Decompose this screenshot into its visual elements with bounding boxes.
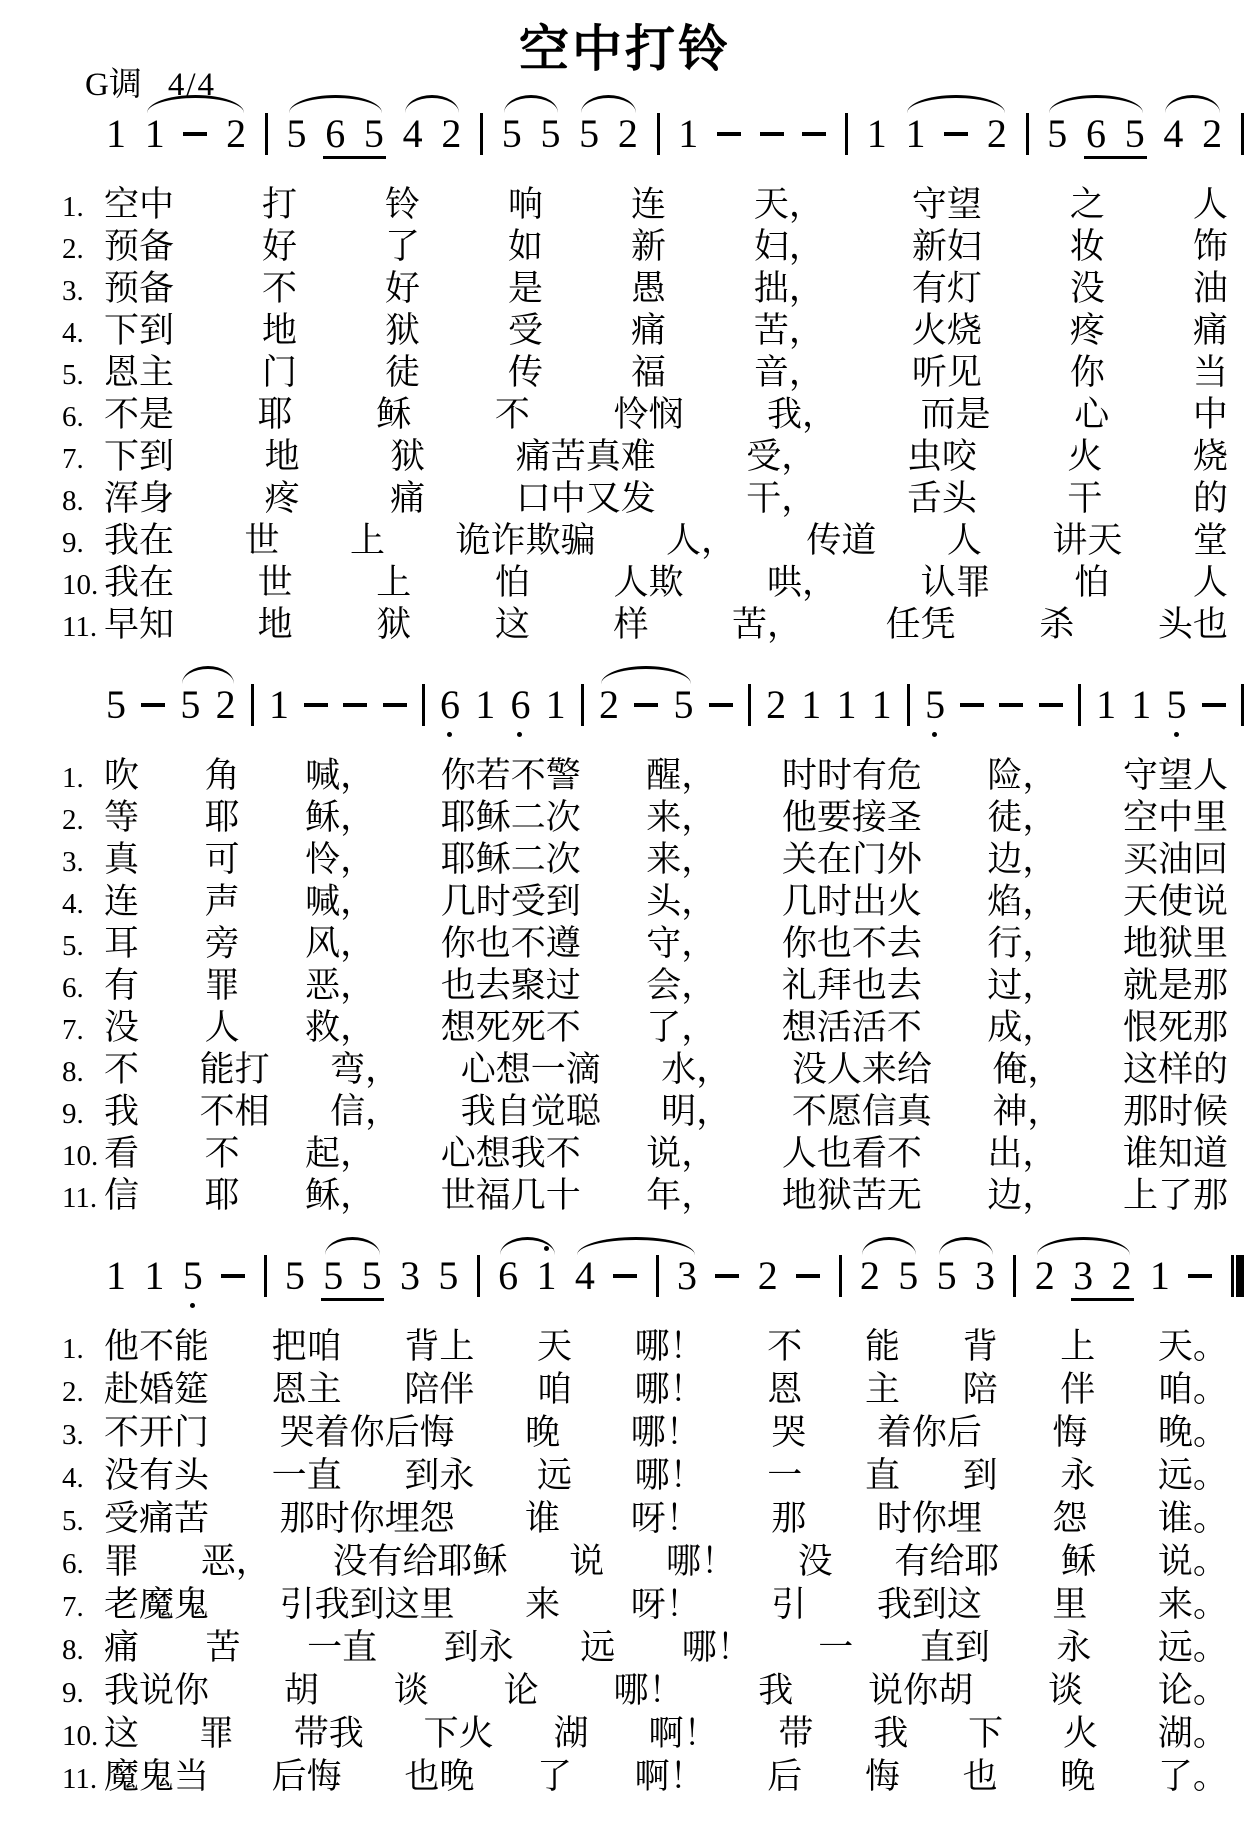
lyric-cell: 永 xyxy=(1060,1457,1095,1496)
lyric-cell: 有给耶 xyxy=(894,1543,999,1582)
section-3: 115555356143225532321 1.他不能把咱背上天哪！不能背上天。… xyxy=(62,1227,1250,1801)
lyric-cell: 哪！ xyxy=(666,1543,736,1582)
note: 4 xyxy=(403,114,423,154)
lyric-cell: 不 xyxy=(767,1328,802,1367)
verse-cells: 等耶稣，耶稣二次来，他要接圣徒，空中里 xyxy=(104,799,1250,838)
lyric-cell: 狱 xyxy=(376,606,411,645)
note: 1 xyxy=(801,685,821,725)
note: 2 xyxy=(987,114,1007,154)
note: 2 xyxy=(618,114,638,154)
lyric-cell: 天使说 xyxy=(1123,883,1228,922)
verse-row: 6.有罪恶，也去聚过会，礼拜也去过，就是那 xyxy=(62,967,1250,1009)
verse-cells: 信耶稣，世福几十年，地狱苦无边，上了那 xyxy=(104,1177,1250,1216)
note: 5 xyxy=(285,1256,305,1296)
lyric-cell: 不 xyxy=(104,1051,139,1090)
lyric-cell: 直 xyxy=(865,1457,900,1496)
lyric-cell: 稣， xyxy=(305,799,375,838)
verse-number: 6. xyxy=(62,972,104,1005)
lyric-cell: 来。 xyxy=(1158,1586,1228,1625)
beam-underline xyxy=(321,1298,384,1301)
verse-cells: 浑身疼痛口中又发干，舌头干的 xyxy=(104,480,1250,519)
lyric-cell: 信， xyxy=(330,1093,400,1132)
barline xyxy=(251,684,254,726)
lyric-cell: 恩 xyxy=(767,1371,802,1410)
lyric-cell: 带我 xyxy=(294,1715,364,1754)
lyric-cell: 没 xyxy=(104,1009,139,1048)
lyric-cell: 新妇 xyxy=(912,228,982,267)
lyric-cell: 妇， xyxy=(754,228,824,267)
verse-cells: 我在世上怕人欺哄，认罪怕人 xyxy=(104,564,1250,603)
lyric-cell: 关在门外 xyxy=(782,841,922,880)
duration-dash xyxy=(796,1274,820,1278)
lyric-cell: 油 xyxy=(1193,270,1228,309)
octave-dot-low xyxy=(447,732,452,737)
note: 2 xyxy=(860,1256,880,1296)
verse-number: 3. xyxy=(62,846,104,879)
lyric-cell: 旁 xyxy=(205,925,240,964)
lyric-cell: 一 xyxy=(767,1457,802,1496)
lyric-cell: 当 xyxy=(1193,354,1228,393)
lyric-cell: 受痛苦 xyxy=(104,1500,209,1539)
barline xyxy=(656,1255,659,1297)
note: 2 xyxy=(1202,114,1222,154)
lyric-cell: 想死死不 xyxy=(441,1009,581,1048)
lyric-cell: 不 xyxy=(205,1135,240,1174)
lyric-cell: 说 xyxy=(569,1543,604,1582)
lyric-cell: 哪！ xyxy=(682,1629,752,1668)
lyric-cell: 天， xyxy=(754,186,824,225)
lyric-cell: 耶 xyxy=(205,1177,240,1216)
lyric-cell: 喊， xyxy=(305,757,375,796)
lyric-cell: 罪 xyxy=(104,1543,139,1582)
barline xyxy=(845,113,848,155)
lyric-cell: 中 xyxy=(1193,396,1228,435)
lyric-cell: 稣， xyxy=(305,1177,375,1216)
music-line-2: 552161612521115115 xyxy=(100,656,1250,743)
barline xyxy=(265,113,268,155)
note: 3 xyxy=(400,1256,420,1296)
lyric-cell: 舌头 xyxy=(907,480,977,519)
slur-arc xyxy=(325,1237,380,1255)
lyric-cell: 怕 xyxy=(495,564,530,603)
lyric-cell: 铃 xyxy=(385,186,420,225)
note: 6 xyxy=(440,685,460,725)
slur-arc xyxy=(581,95,636,113)
note: 5 xyxy=(540,114,560,154)
lyric-cell: 痛 xyxy=(1193,312,1228,351)
verse-row: 8.浑身疼痛口中又发干，舌头干的 xyxy=(62,480,1250,522)
verse-number: 4. xyxy=(62,1462,104,1495)
verse-row: 9.我不相信，我自觉聪明，不愿信真神，那时候 xyxy=(62,1093,1250,1135)
lyric-cell: 连 xyxy=(631,186,666,225)
lyric-cell: 头， xyxy=(646,883,716,922)
lyric-cell: 哪！ xyxy=(613,1672,683,1711)
lyric-cell: 守望 xyxy=(912,186,982,225)
lyric-cell: 好 xyxy=(385,270,420,309)
duration-dash xyxy=(1039,703,1063,707)
lyric-cell: 来， xyxy=(646,841,716,880)
verse-number: 7. xyxy=(62,1591,104,1624)
verse-cells: 下到地狱受痛苦，火烧疼痛 xyxy=(104,312,1250,351)
verse-cells: 魔鬼当后悔也晚了啊！后悔也晚了。 xyxy=(104,1758,1250,1797)
duration-dash xyxy=(1202,703,1226,707)
lyric-cell: 下到 xyxy=(104,438,174,477)
lyric-cell: 远 xyxy=(580,1629,615,1668)
note: 6 xyxy=(510,685,530,725)
note: 5 xyxy=(287,114,307,154)
lyric-cell: 不 xyxy=(262,270,297,309)
lyric-cell: 晚 xyxy=(1060,1758,1095,1797)
verse-row: 4.连声喊，几时受到头，几时出火焰，天使说 xyxy=(62,883,1250,925)
lyric-cell: 来 xyxy=(525,1586,560,1625)
lyric-cell: 我在 xyxy=(104,564,174,603)
lyric-cell: 湖 xyxy=(554,1715,589,1754)
beam-underline xyxy=(1071,1298,1134,1301)
lyric-cell: 声 xyxy=(205,883,240,922)
lyric-cell: 边， xyxy=(987,841,1057,880)
lyric-cell: 徒， xyxy=(987,799,1057,838)
lyric-cell: 论。 xyxy=(1158,1672,1228,1711)
music-line-1: 112565425552111256542 xyxy=(100,85,1250,172)
lyric-cell: 了。 xyxy=(1158,1758,1228,1797)
lyric-cell: 诡诈欺骗 xyxy=(455,522,595,561)
lyric-cell: 我说你 xyxy=(104,1672,209,1711)
lyric-cell: 痛 xyxy=(631,312,666,351)
lyric-cell: 妆 xyxy=(1070,228,1105,267)
verse-cells: 预备好了如新妇，新妇妆饰 xyxy=(104,228,1250,267)
lyric-cell: 门 xyxy=(262,354,297,393)
note: 4 xyxy=(575,1256,595,1296)
note: 5 xyxy=(502,114,522,154)
verse-cells: 下到地狱痛苦真难受，虫咬火烧 xyxy=(104,438,1250,477)
verse-row: 11.信耶稣，世福几十年，地狱苦无边，上了那 xyxy=(62,1177,1250,1219)
slur-arc xyxy=(504,95,558,113)
lyric-cell: 怜悯 xyxy=(613,396,683,435)
lyric-cell: 上 xyxy=(1060,1328,1095,1367)
lyric-cell: 传 xyxy=(508,354,543,393)
verse-number: 2. xyxy=(62,1376,104,1409)
lyric-cell: 下 xyxy=(968,1715,1003,1754)
lyric-cell: 干 xyxy=(1067,480,1102,519)
lyric-cell: 狱 xyxy=(385,312,420,351)
note: 2 xyxy=(1112,1256,1132,1296)
verse-number: 4. xyxy=(62,317,104,350)
lyric-cell: 这样的 xyxy=(1123,1051,1228,1090)
verse-row: 1.吹角喊，你若不警醒，时时有危险，守望人 xyxy=(62,757,1250,799)
lyric-cell: 伴 xyxy=(1060,1371,1095,1410)
verse-number: 11. xyxy=(62,611,104,644)
verse-row: 9.我说你胡谈论哪！我说你胡谈论。 xyxy=(62,1672,1250,1715)
lyric-cell: 不开门 xyxy=(104,1414,209,1453)
lyric-cell: 呀！ xyxy=(631,1586,701,1625)
lyric-cell: 喊， xyxy=(305,883,375,922)
verse-cells: 预备不好是愚拙，有灯没油 xyxy=(104,270,1250,309)
verse-row: 4.没有头一直到永远哪！一直到永远。 xyxy=(62,1457,1250,1500)
lyric-cell: 那时你埋怨 xyxy=(280,1500,455,1539)
slur-arc xyxy=(907,95,1005,113)
lyric-cell: 预备 xyxy=(104,228,174,267)
lyric-cell: 醒， xyxy=(646,757,716,796)
verse-cells: 连声喊，几时受到头，几时出火焰，天使说 xyxy=(104,883,1250,922)
octave-dot-low xyxy=(1174,732,1179,737)
section-2: 552161612521115115 1.吹角喊，你若不警醒，时时有危险，守望人… xyxy=(62,656,1250,1219)
lyric-cell: 哭着你后悔 xyxy=(280,1414,455,1453)
lyric-cell: 到永 xyxy=(444,1629,514,1668)
verse-cells: 不开门哭着你后悔晚哪！哭着你后悔晚。 xyxy=(104,1414,1250,1453)
lyric-cell: 人也看不 xyxy=(782,1135,922,1174)
lyric-cell: 之 xyxy=(1070,186,1105,225)
lyric-cell: 火 xyxy=(1063,1715,1098,1754)
barline xyxy=(1026,113,1029,155)
verse-number: 9. xyxy=(62,1098,104,1131)
verse-number: 11. xyxy=(62,1182,104,1215)
lyric-cell: 耶 xyxy=(258,396,293,435)
verse-number: 9. xyxy=(62,1677,104,1710)
note: 5 xyxy=(323,1256,343,1296)
barline xyxy=(477,1255,480,1297)
verse-number: 8. xyxy=(62,485,104,518)
octave-dot-low xyxy=(932,732,937,737)
lyric-cell: 救， xyxy=(305,1009,375,1048)
note: 6 xyxy=(498,1256,518,1296)
lyric-cell: 后悔 xyxy=(272,1758,342,1797)
lyric-cell: 受， xyxy=(746,438,816,477)
lyric-cell: 疼 xyxy=(1070,312,1105,351)
lyric-cell: 那 xyxy=(771,1500,806,1539)
music-line-3: 115555356143225532321 xyxy=(100,1227,1250,1314)
slur-arc xyxy=(500,1237,555,1255)
verse-number: 10. xyxy=(62,569,104,602)
duration-dash xyxy=(634,703,658,707)
verse-cells: 我在世上诡诈欺骗人，传道人讲天堂 xyxy=(104,522,1250,561)
lyric-cell: 世 xyxy=(244,522,279,561)
lyric-cell: 陪 xyxy=(963,1371,998,1410)
verse-cells: 罪恶，没有给耶稣说哪！没有给耶稣说。 xyxy=(104,1543,1250,1582)
lyric-cell: 疼 xyxy=(265,480,300,519)
slur-arc xyxy=(1165,95,1220,113)
lyric-cell: 哪！ xyxy=(635,1371,705,1410)
octave-dot-low xyxy=(517,732,522,737)
lyric-cell: 了 xyxy=(537,1758,572,1797)
barline xyxy=(264,1255,267,1297)
verse-cells: 没有头一直到永远哪！一直到永远。 xyxy=(104,1457,1250,1496)
lyric-cell: 罪 xyxy=(199,1715,234,1754)
barline xyxy=(748,684,751,726)
verse-block-3: 1.他不能把咱背上天哪！不能背上天。2.赴婚筵恩主陪伴咱哪！恩主陪伴咱。3.不开… xyxy=(62,1328,1250,1801)
lyric-cell: 主 xyxy=(865,1371,900,1410)
verse-row: 1.空中打铃响连天，守望之人 xyxy=(62,186,1250,228)
lyric-cell: 把咱 xyxy=(272,1328,342,1367)
lyric-cell: 不是 xyxy=(104,396,174,435)
note: 1 xyxy=(1131,685,1151,725)
lyric-cell: 狱 xyxy=(390,438,425,477)
barline xyxy=(422,684,425,726)
verse-number: 8. xyxy=(62,1056,104,1089)
lyric-cell: 空中 xyxy=(104,186,174,225)
lyric-cell: 打 xyxy=(262,186,297,225)
lyric-cell: 的 xyxy=(1193,480,1228,519)
verse-row: 5.受痛苦那时你埋怨谁呀！那时你埋怨谁。 xyxy=(62,1500,1250,1543)
lyric-cell: 也 xyxy=(963,1758,998,1797)
lyric-cell: 不 xyxy=(495,396,530,435)
note: 1 xyxy=(106,114,126,154)
lyric-cell: 信 xyxy=(104,1177,139,1216)
lyric-cell: 恶， xyxy=(305,967,375,1006)
verse-row: 6.罪恶，没有给耶稣说哪！没有给耶稣说。 xyxy=(62,1543,1250,1586)
verse-cells: 没人救，想死死不了，想活活不成，恨死那 xyxy=(104,1009,1250,1048)
lyric-cell: 我 xyxy=(758,1672,793,1711)
lyric-cell: 干， xyxy=(746,480,816,519)
duration-dash xyxy=(183,132,207,136)
lyric-cell: 那时候 xyxy=(1123,1093,1228,1132)
lyric-cell: 哄， xyxy=(767,564,837,603)
verse-number: 5. xyxy=(62,359,104,392)
lyric-cell: 人 xyxy=(947,522,982,561)
lyric-cell: 世福几十 xyxy=(441,1177,581,1216)
lyric-cell: 可 xyxy=(205,841,240,880)
lyric-cell: 也去聚过 xyxy=(441,967,581,1006)
verse-row: 11.魔鬼当后悔也晚了啊！后悔也晚了。 xyxy=(62,1758,1250,1801)
lyric-cell: 空中里 xyxy=(1123,799,1228,838)
lyric-cell: 任凭 xyxy=(886,606,956,645)
lyric-cell: 过， xyxy=(987,967,1057,1006)
lyric-cell: 耳 xyxy=(104,925,139,964)
verse-number: 4. xyxy=(62,888,104,921)
barline xyxy=(1078,684,1081,726)
lyric-cell: 悔 xyxy=(865,1758,900,1797)
verse-number: 6. xyxy=(62,1548,104,1581)
note: 5 xyxy=(183,1256,203,1296)
lyric-cell: 礼拜也去 xyxy=(782,967,922,1006)
lyric-cell: 真 xyxy=(104,841,139,880)
lyric-cell: 边， xyxy=(987,1177,1057,1216)
lyric-cell: 恩主 xyxy=(272,1371,342,1410)
lyric-cell: 你也不去 xyxy=(782,925,922,964)
barline xyxy=(581,684,584,726)
lyric-cell: 你若不警 xyxy=(441,757,581,796)
lyric-cell: 音， xyxy=(754,354,824,393)
verse-cells: 我说你胡谈论哪！我说你胡谈论。 xyxy=(104,1672,1250,1711)
lyric-cell: 神， xyxy=(992,1093,1062,1132)
lyric-cell: 带 xyxy=(778,1715,813,1754)
lyric-cell: 晚 xyxy=(525,1414,560,1453)
verse-row: 8.痛苦一直到永远哪！一直到永远。 xyxy=(62,1629,1250,1672)
lyric-cell: 我自觉聪 xyxy=(461,1093,601,1132)
lyric-cell: 胡 xyxy=(284,1672,319,1711)
lyric-cell: 人欺 xyxy=(613,564,683,603)
lyric-cell: 头也 xyxy=(1158,606,1228,645)
note: 2 xyxy=(599,685,619,725)
verse-row: 8.不能打弯，心想一滴水，没人来给俺，这样的 xyxy=(62,1051,1250,1093)
verse-row: 5.恩主门徒传福音，听见你当 xyxy=(62,354,1250,396)
lyric-cell: 晚。 xyxy=(1158,1414,1228,1453)
verse-cells: 看不起，心想我不说，人也看不出，谁知道 xyxy=(104,1135,1250,1174)
verse-number: 1. xyxy=(62,1333,104,1366)
lyric-cell: 啊！ xyxy=(648,1715,718,1754)
lyric-cell: 几时出火 xyxy=(782,883,922,922)
note: 5 xyxy=(937,1256,957,1296)
lyric-cell: 恶， xyxy=(201,1543,271,1582)
note: 2 xyxy=(226,114,246,154)
lyric-cell: 怜， xyxy=(305,841,375,880)
lyric-cell: 陪伴 xyxy=(404,1371,474,1410)
lyric-cell: 天 xyxy=(537,1328,572,1367)
verse-row: 3.预备不好是愚拙，有灯没油 xyxy=(62,270,1250,312)
lyric-cell: 浑身 xyxy=(104,480,174,519)
note: 6 xyxy=(1086,114,1106,154)
lyric-cell: 恨死那 xyxy=(1123,1009,1228,1048)
verse-row: 10.看不起，心想我不说，人也看不出，谁知道 xyxy=(62,1135,1250,1177)
sheet-page: 空中打铃 G调4/4 112565425552111256542 1.空中打铃响… xyxy=(0,0,1250,1801)
lyric-cell: 认罪 xyxy=(921,564,991,603)
lyric-cell: 明， xyxy=(661,1093,731,1132)
lyric-cell: 杀 xyxy=(1039,606,1074,645)
lyric-cell: 烧 xyxy=(1193,438,1228,477)
lyric-cell: 哭 xyxy=(771,1414,806,1453)
lyric-cell: 吹 xyxy=(104,757,139,796)
verse-number: 2. xyxy=(62,233,104,266)
lyric-cell: 痛苦真难 xyxy=(516,438,656,477)
beam-underline xyxy=(323,156,386,159)
verse-number: 6. xyxy=(62,401,104,434)
verse-number: 7. xyxy=(62,1014,104,1047)
note: 2 xyxy=(1035,1256,1055,1296)
lyric-cell: 守望人 xyxy=(1123,757,1228,796)
verse-cells: 有罪恶，也去聚过会，礼拜也去过，就是那 xyxy=(104,967,1250,1006)
verse-cells: 恩主门徒传福音，听见你当 xyxy=(104,354,1250,393)
lyric-cell: 风， xyxy=(305,925,375,964)
verse-row: 2.等耶稣，耶稣二次来，他要接圣徒，空中里 xyxy=(62,799,1250,841)
note: 5 xyxy=(106,685,126,725)
duration-dash xyxy=(944,132,968,136)
lyric-cell: 火 xyxy=(1067,438,1102,477)
verse-number: 10. xyxy=(62,1140,104,1173)
verse-row: 6.不是耶稣不怜悯我，而是心中 xyxy=(62,396,1250,438)
lyric-cell: 心想我不 xyxy=(441,1135,581,1174)
lyric-cell: 谁。 xyxy=(1158,1500,1228,1539)
lyric-cell: 也晚 xyxy=(404,1758,474,1797)
lyric-cell: 远。 xyxy=(1158,1457,1228,1496)
lyric-cell: 稣 xyxy=(376,396,411,435)
lyric-cell: 时你埋 xyxy=(877,1500,982,1539)
note: 1 xyxy=(1096,685,1116,725)
verse-row: 11.早知地狱这样苦，任凭杀头也 xyxy=(62,606,1250,648)
lyric-cell: 传道 xyxy=(806,522,876,561)
lyric-cell: 谈 xyxy=(1048,1672,1083,1711)
lyric-cell: 成， xyxy=(987,1009,1057,1048)
lyric-cell: 哪！ xyxy=(635,1328,705,1367)
verse-row: 4.下到地狱受痛苦，火烧疼痛 xyxy=(62,312,1250,354)
duration-dash xyxy=(802,132,826,136)
note: 2 xyxy=(216,685,236,725)
lyric-cell: 你 xyxy=(1070,354,1105,393)
final-barline xyxy=(1231,1255,1244,1297)
verse-cells: 吹角喊，你若不警醒，时时有危险，守望人 xyxy=(104,757,1250,796)
lyric-cell: 人 xyxy=(1193,564,1228,603)
verse-number: 3. xyxy=(62,275,104,308)
note: 5 xyxy=(673,685,693,725)
verse-cells: 老魔鬼引我到这里来呀！引我到这里来。 xyxy=(104,1586,1250,1625)
slur-arc xyxy=(601,666,691,684)
lyric-cell: 人， xyxy=(666,522,736,561)
lyric-cell: 这 xyxy=(104,1715,139,1754)
duration-dash xyxy=(760,132,784,136)
verse-number: 3. xyxy=(62,1419,104,1452)
lyric-cell: 耶稣二次 xyxy=(441,841,581,880)
duration-dash xyxy=(141,703,165,707)
barline xyxy=(1241,113,1244,155)
note: 5 xyxy=(364,114,384,154)
